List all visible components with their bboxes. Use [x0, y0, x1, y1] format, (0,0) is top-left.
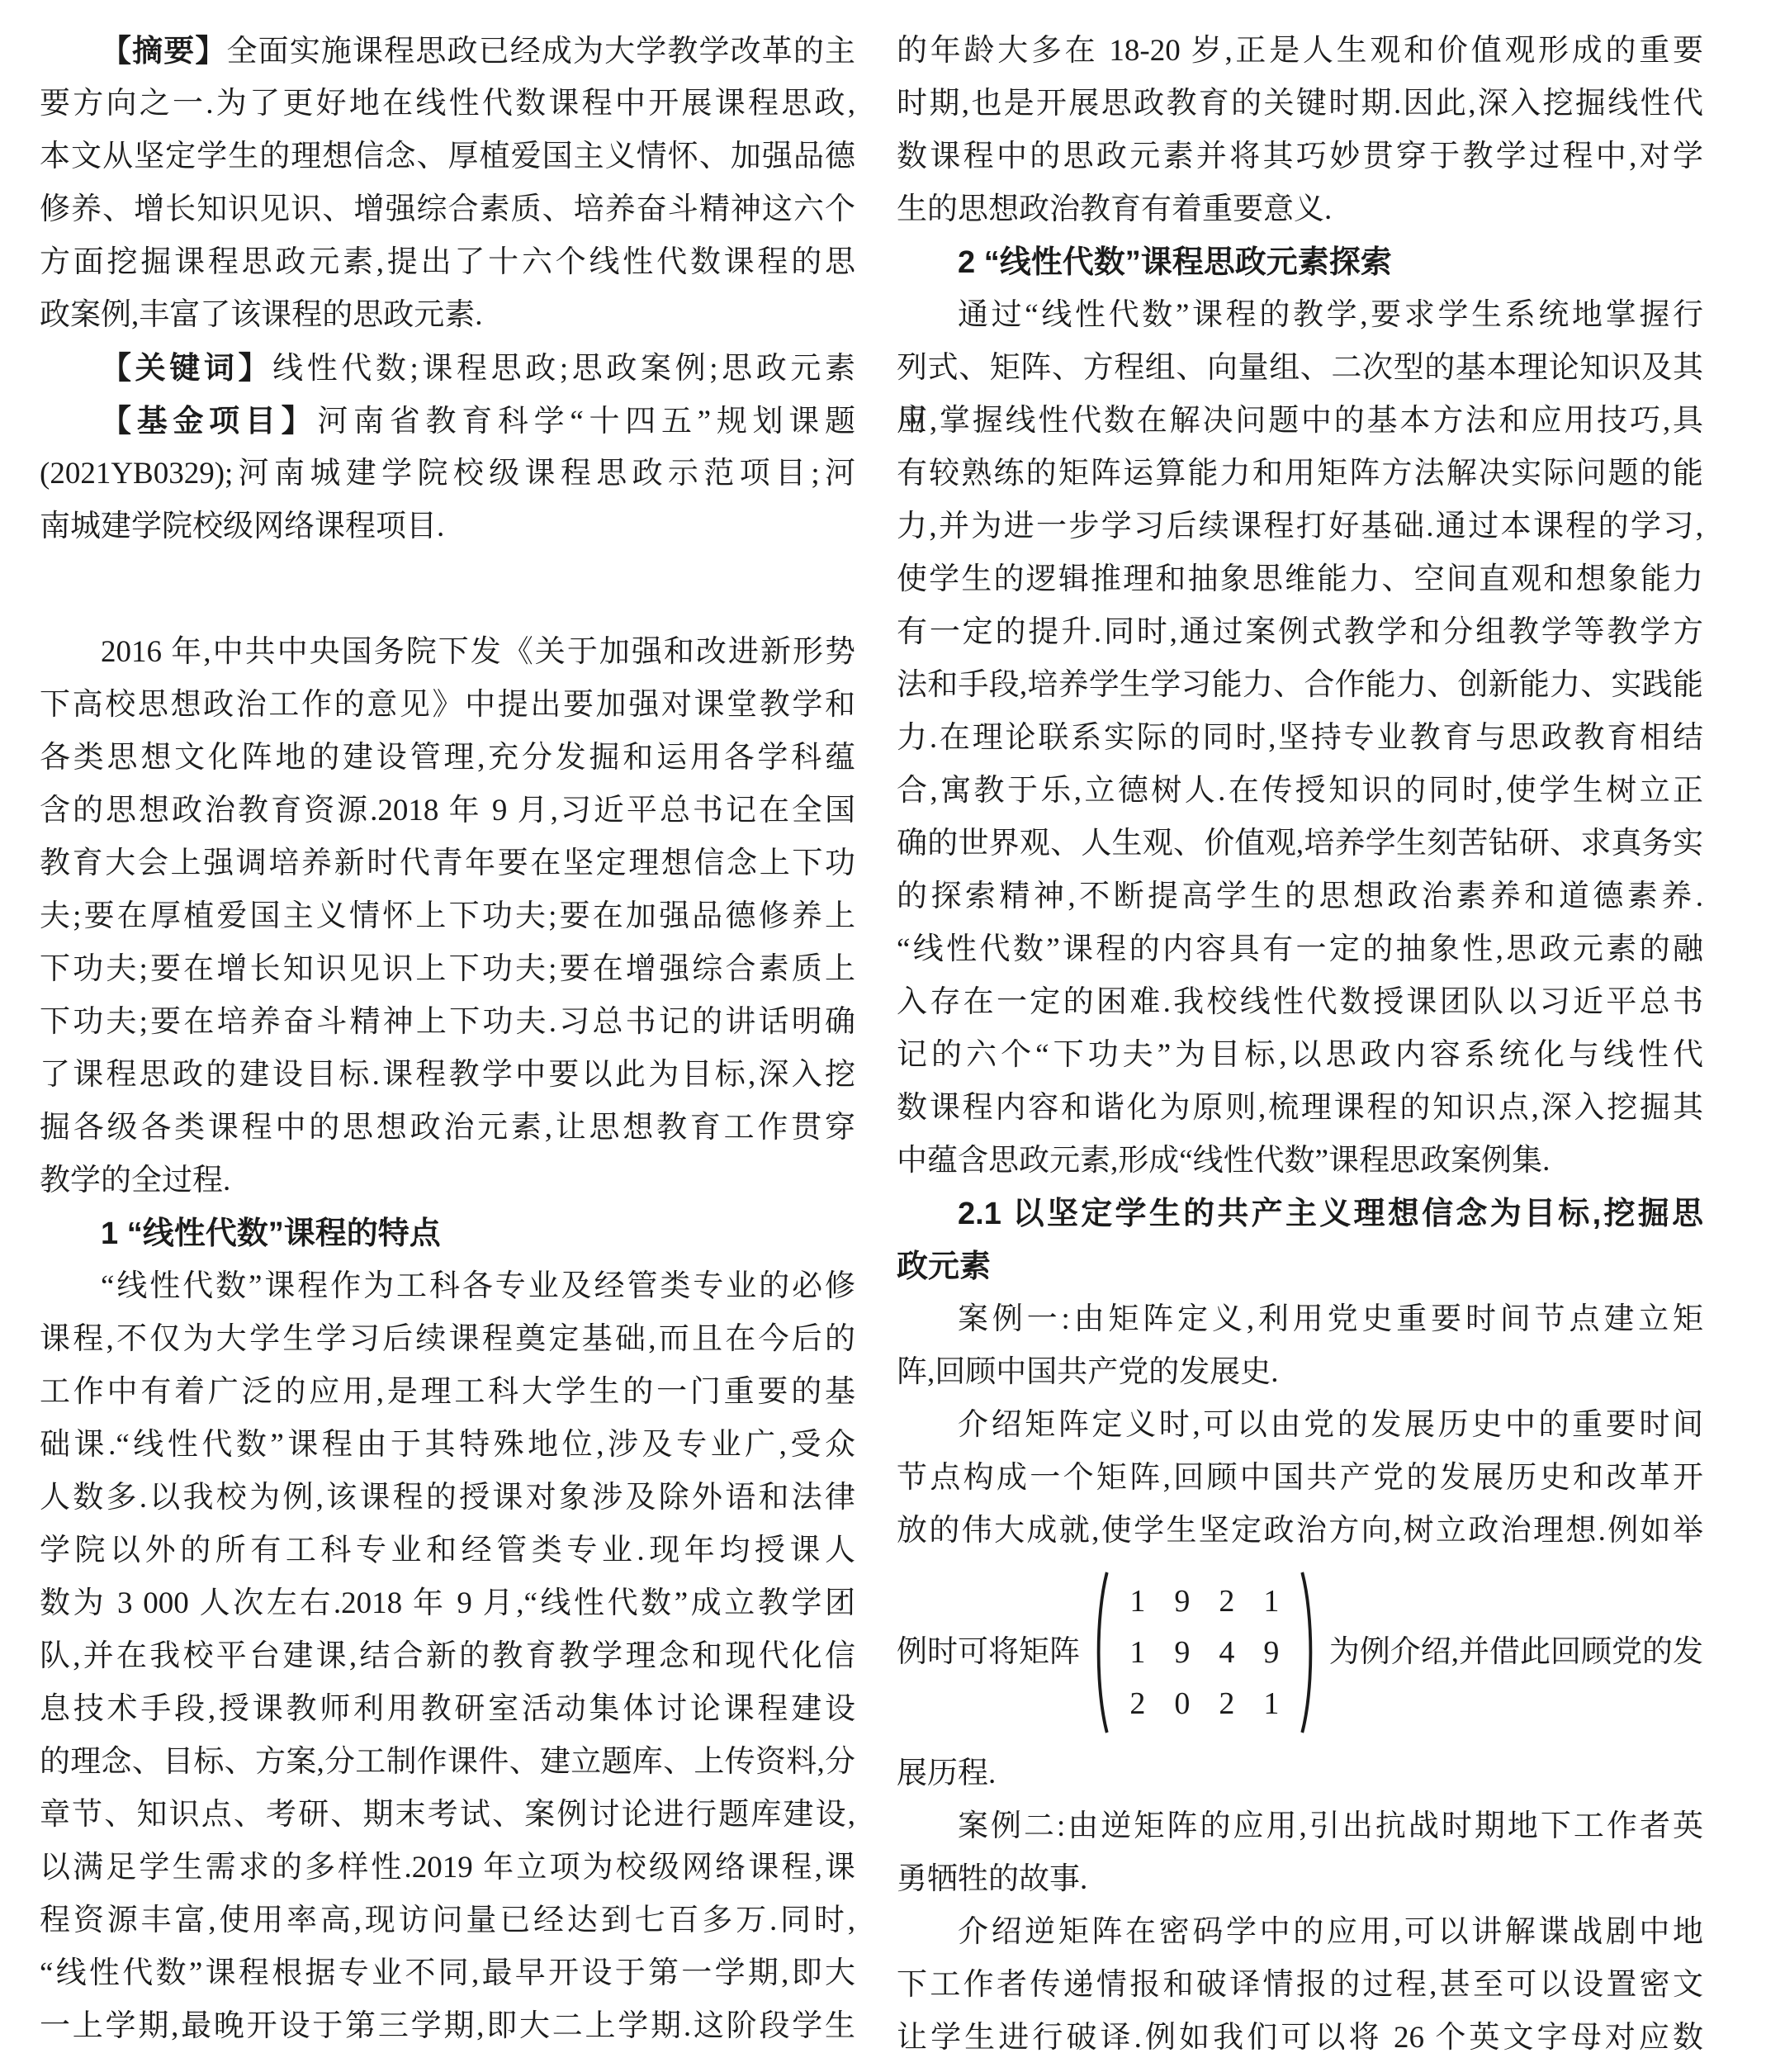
text-line: 学院以外的所有工科专业和经管类专业.现年均授课人 — [40, 1524, 855, 1577]
text-line: 合,寓教于乐,立德树人.在传授知识的同时,使学生树立正 — [897, 765, 1703, 818]
text-line: 程资源丰富,使用率高,现访问量已经达到七百多万.同时, — [40, 1894, 855, 1947]
text-line: 了课程思政的建设目标.课程教学中要以此为目标,深入挖 — [40, 1049, 855, 1102]
text-line: 入存在一定的困难.我校线性代数授课团队以习近平总书 — [897, 976, 1703, 1029]
field-label: 【关键词】 — [101, 351, 272, 385]
text-line: 力,并为进一步学习后续课程打好基础.通过本课程的学习, — [897, 500, 1703, 553]
text-run: 线性代数;课程思政;思政案例;思政元素 — [272, 352, 855, 386]
matrix-cell: 1 — [1129, 1626, 1145, 1679]
section-gap — [40, 553, 855, 626]
text-line: “线性代数”课程的内容具有一定的抽象性,思政元素的融 — [897, 923, 1703, 976]
text-line: 列式、矩阵、方程组、向量组、二次型的基本理论知识及其应 — [897, 342, 1703, 395]
matrix-grid: 192119492021 — [1110, 1576, 1299, 1729]
text-line: “线性代数”课程根据专业不同,最早开设于第一学期,即大 — [40, 1947, 855, 2000]
field-label: 【摘要】 — [101, 34, 227, 68]
labeled-line: 【关键词】线性代数;课程思政;思政案例;思政元素 — [40, 342, 855, 395]
text-line: 掘各级各类课程中的思想政治元素,让思想教育工作贯穿 — [40, 1102, 855, 1155]
text-line: 节点构成一个矩阵,回顾中国共产党的发展历史和改革开 — [897, 1452, 1703, 1505]
text-line: 含的思想政治教育资源.2018 年 9 月,习近平总书记在全国 — [40, 785, 855, 837]
text-line: 2016 年,中共中央国务院下发《关于加强和改进新形势 — [40, 626, 855, 679]
text-line: 有一定的提升.同时,通过案例式教学和分组教学等教学方 — [897, 606, 1703, 659]
text-line: 修养、增长知识见识、增强综合素质、培养奋斗精神这六个 — [40, 183, 855, 236]
text-line: 数课程内容和谐化为原则,梳理课程的知识点,深入挖掘其 — [897, 1082, 1703, 1135]
text-line: 夫;要在厚植爱国主义情怀上下功夫;要在加强品德修养上 — [40, 890, 855, 943]
text-line: 数课程中的思政元素并将其巧妙贯穿于教学过程中,对学 — [897, 130, 1703, 183]
matrix-pre-text: 例时可将矩阵 — [897, 1626, 1080, 1679]
text-line: 的理念、目标、方案,分工制作课件、建立题库、上传资料,分 — [40, 1736, 855, 1789]
text-line: 下工作者传递情报和破译情报的过程,甚至可以设置密文 — [897, 1959, 1703, 2012]
section-heading: 政元素 — [897, 1240, 1703, 1293]
text-line: 通过“线性代数”课程的教学,要求学生系统地掌握行 — [897, 289, 1703, 342]
text-line: 本文从坚定学生的理想信念、厚植爱国主义情怀、加强品德 — [40, 130, 855, 183]
matrix-expression: 例时可将矩阵192119492021为例介绍,并借此回顾党的发 — [897, 1558, 1703, 1747]
text-line: 政案例,丰富了该课程的思政元素. — [40, 289, 855, 342]
text-line: 介绍逆矩阵在密码学中的应用,可以讲解谍战剧中地 — [897, 1906, 1703, 1959]
text-line: 放的伟大成就,使学生坚定政治方向,树立政治理想.例如举 — [897, 1505, 1703, 1558]
matrix-cell: 2 — [1219, 1575, 1234, 1628]
text-line: 章节、知识点、考研、期末考试、案例讨论进行题库建设, — [40, 1789, 855, 1842]
text-line: 用,掌握线性代数在解决问题中的基本方法和应用技巧,具 — [897, 395, 1703, 448]
section-heading: 2.1 以坚定学生的共产主义理想信念为目标,挖掘思 — [897, 1188, 1703, 1240]
text-line: (2021YB0329);河南城建学院校级课程思政示范项目;河 — [40, 448, 855, 500]
text-line: 人数多.以我校为例,该课程的授课对象涉及除外语和法律 — [40, 1472, 855, 1524]
text-line: 法和手段,培养学生学习能力、合作能力、创新能力、实践能 — [897, 659, 1703, 712]
text-line: 教学的全过程. — [40, 1155, 855, 1207]
section-heading: 2 “线性代数”课程思政元素探索 — [897, 236, 1703, 289]
paper-page: 【摘要】全面实施课程思政已经成为大学教学改革的主要方向之一.为了更好地在线性代数… — [0, 0, 1766, 2072]
text-line: 下高校思想政治工作的意见》中提出要加强对课堂教学和 — [40, 679, 855, 732]
matrix-cell: 1 — [1263, 1575, 1279, 1628]
text-line: 展历程. — [897, 1747, 1703, 1800]
text-line: 阵,回顾中国共产党的发展史. — [897, 1346, 1703, 1399]
text-line: 确的世界观、人生观、价值观,培养学生刻苦钻研、求真务实 — [897, 818, 1703, 870]
field-label: 【基金项目】 — [101, 404, 317, 438]
text-line: 数为 3 000 人次左右.2018 年 9 月,“线性代数”成立教学团 — [40, 1577, 855, 1630]
matrix-cell: 9 — [1174, 1575, 1190, 1628]
right-column: 的年龄大多在 18-20 岁,正是人生观和价值观形成的重要时期,也是开展思政教育… — [897, 0, 1703, 2065]
text-line: 一上学期,最晚开设于第三学期,即大二上学期.这阶段学生 — [40, 2000, 855, 2053]
text-line: 以满足学生需求的多样性.2019 年立项为校级网络课程,课 — [40, 1842, 855, 1894]
text-line: 南城建学院校级网络课程项目. — [40, 500, 855, 553]
text-line: 各类思想文化阵地的建设管理,充分发掘和运用各学科蕴 — [40, 732, 855, 785]
text-run: 全面实施课程思政已经成为大学教学改革的主 — [227, 35, 855, 69]
matrix-cell: 0 — [1174, 1677, 1190, 1730]
matrix-post-text: 为例介绍,并借此回顾党的发 — [1329, 1626, 1703, 1679]
matrix-cell: 2 — [1219, 1677, 1234, 1730]
text-run: 河南省教育科学“十四五”规划课题 — [317, 405, 855, 439]
text-line: 队,并在我校平台建课,结合新的教育教学理念和现代化信 — [40, 1630, 855, 1683]
labeled-line: 【摘要】全面实施课程思政已经成为大学教学改革的主 — [40, 25, 855, 78]
text-line: 力.在理论联系实际的同时,坚持专业教育与思政教育相结 — [897, 712, 1703, 765]
text-line: 要方向之一.为了更好地在线性代数课程中开展课程思政, — [40, 78, 855, 130]
matrix-right-paren-icon — [1299, 1570, 1317, 1735]
text-line: 案例一:由矩阵定义,利用党史重要时间节点建立矩 — [897, 1293, 1703, 1346]
text-line: 介绍矩阵定义时,可以由党的发展历史中的重要时间 — [897, 1399, 1703, 1452]
text-line: 的探索精神,不断提高学生的思想政治素养和道德素养. — [897, 870, 1703, 923]
text-line: 课程,不仅为大学生学习后续课程奠定基础,而且在今后的 — [40, 1313, 855, 1366]
text-line: 勇牺牲的故事. — [897, 1853, 1703, 1906]
section-heading: 1 “线性代数”课程的特点 — [40, 1207, 855, 1260]
text-line: 的年龄大多在 18-20 岁,正是人生观和价值观形成的重要 — [897, 25, 1703, 78]
text-line: 生的思想政治教育有着重要意义. — [897, 183, 1703, 236]
text-line: 案例二:由逆矩阵的应用,引出抗战时期地下工作者英 — [897, 1800, 1703, 1853]
text-line: 记的六个“下功夫”为目标,以思政内容系统化与线性代 — [897, 1029, 1703, 1082]
text-line: “线性代数”课程作为工科各专业及经管类专业的必修 — [40, 1260, 855, 1313]
text-line: 教育大会上强调培养新时代青年要在坚定理想信念上下功 — [40, 837, 855, 890]
left-column: 【摘要】全面实施课程思政已经成为大学教学改革的主要方向之一.为了更好地在线性代数… — [40, 0, 855, 2053]
matrix-cell: 9 — [1174, 1626, 1190, 1679]
text-line: 工作中有着广泛的应用,是理工科大学生的一门重要的基 — [40, 1366, 855, 1419]
text-line: 下功夫;要在增长知识见识上下功夫;要在增强综合素质上 — [40, 943, 855, 996]
text-line: 中蕴含思政元素,形成“线性代数”课程思政案例集. — [897, 1135, 1703, 1188]
text-line: 下功夫;要在培养奋斗精神上下功夫.习总书记的讲话明确 — [40, 996, 855, 1049]
text-line: 有较熟练的矩阵运算能力和用矩阵方法解决实际问题的能 — [897, 448, 1703, 500]
matrix: 192119492021 — [1092, 1570, 1317, 1735]
text-line: 使学生的逻辑推理和抽象思维能力、空间直观和想象能力 — [897, 553, 1703, 606]
matrix-cell: 1 — [1129, 1575, 1145, 1628]
text-line: 础课.“线性代数”课程由于其特殊地位,涉及专业广,受众 — [40, 1419, 855, 1472]
matrix-left-paren-icon — [1092, 1570, 1110, 1735]
text-line: 时期,也是开展思政教育的关键时期.因此,深入挖掘线性代 — [897, 78, 1703, 130]
labeled-line: 【基金项目】河南省教育科学“十四五”规划课题 — [40, 395, 855, 448]
text-line: 方面挖掘课程思政元素,提出了十六个线性代数课程的思 — [40, 236, 855, 289]
text-line: 息技术手段,授课教师利用教研室活动集体讨论课程建设 — [40, 1683, 855, 1736]
matrix-cell: 4 — [1219, 1626, 1234, 1679]
matrix-cell: 9 — [1263, 1626, 1279, 1679]
matrix-cell: 1 — [1263, 1677, 1279, 1730]
matrix-cell: 2 — [1129, 1677, 1145, 1730]
text-line: 让学生进行破译.例如我们可以将 26 个英文字母对应数 — [897, 2012, 1703, 2065]
